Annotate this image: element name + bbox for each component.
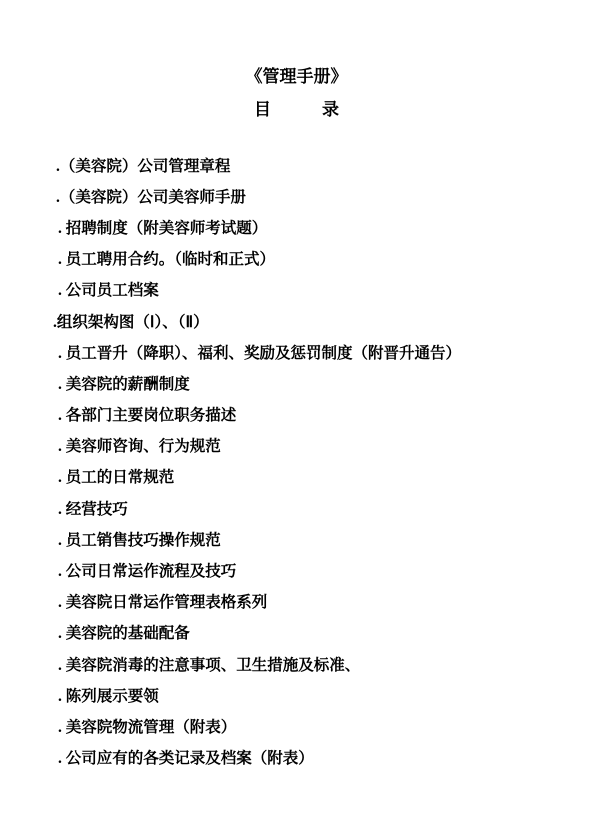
document-title: 《管理手册》 [0,0,593,88]
toc-item: . 招聘制度（附美容师考试题） [0,211,593,242]
toc-item: .（美容院）公司美容师手册 [0,180,593,211]
toc-heading: 目 录 [0,88,593,121]
toc-item: . 美容院的基础配备 [0,617,593,648]
toc-item: . 公司员工档案 [0,274,593,305]
toc-item: . 各部门主要岗位职务描述 [0,399,593,430]
toc-item: .组织架构图（Ⅰ）、（Ⅱ） [0,305,593,336]
toc-item: . 公司应有的各类记录及档案（附表） [0,742,593,773]
toc-item: . 公司日常运作流程及技巧 [0,554,593,585]
toc-item: . 员工的日常规范 [0,461,593,492]
toc-item: . 美容院日常运作管理表格系列 [0,586,593,617]
toc-item: .（美容院）公司管理章程 [0,149,593,180]
toc-item: . 美容院物流管理（附表） [0,710,593,741]
toc-item: . 美容师咨询、行为规范 [0,430,593,461]
toc-list: .（美容院）公司管理章程.（美容院）公司美容师手册. 招聘制度（附美容师考试题）… [0,121,593,773]
toc-item: . 员工聘用合约。（临时和正式） [0,243,593,274]
toc-item: . 员工销售技巧操作规范 [0,523,593,554]
toc-item: . 员工晋升（降职）、福利、奖励及惩罚制度（附晋升通告） [0,336,593,367]
toc-item: . 美容院的薪酬制度 [0,367,593,398]
toc-item: . 陈列展示要领 [0,679,593,710]
toc-item: . 美容院消毒的注意事项、卫生措施及标准、 [0,648,593,679]
document-page: 《管理手册》 目 录 .（美容院）公司管理章程.（美容院）公司美容师手册. 招聘… [0,0,593,838]
toc-item: . 经营技巧 [0,492,593,523]
